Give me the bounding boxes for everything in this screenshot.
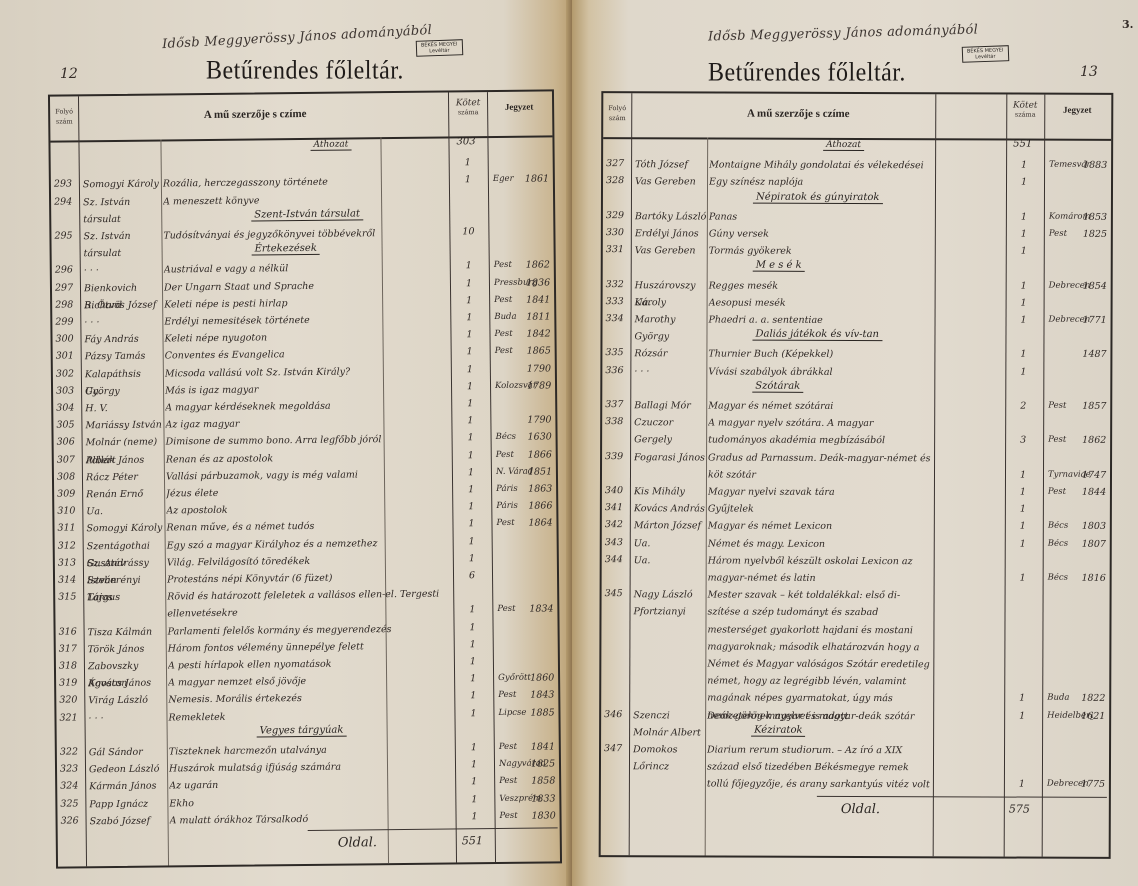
entry-volumes: 1 <box>1006 366 1040 377</box>
entry-number: 301 <box>56 351 82 362</box>
table-row: 337Ballagi MórMagyar és német szótárai2P… <box>602 397 1110 416</box>
header-note: Jegyzet <box>488 101 550 112</box>
carry-value: 551 <box>1013 139 1032 150</box>
entry-title: Remekletek <box>168 706 448 726</box>
entry-author: Török János <box>88 640 166 658</box>
entry-year: 1836 <box>526 277 552 288</box>
entry-number: 306 <box>57 437 83 448</box>
entry-title: Magyar és német Lexicon <box>708 518 932 536</box>
entry-volumes: 1 <box>455 536 489 547</box>
entry-number: 308 <box>57 471 83 482</box>
table-header: Folyószám A mű szerzője s czíme Kötetszá… <box>50 91 552 142</box>
entry-number: 340 <box>605 485 631 496</box>
entry-number: 320 <box>59 695 85 706</box>
table-row: 347Domokos LőrinczDiarium rerum studioru… <box>601 741 1109 794</box>
table-row: 330Erdélyi JánosGúny versek1Pest1825 <box>603 225 1111 244</box>
entry-author: Szenczi Molnár Albert <box>633 707 705 742</box>
table-row: 333Ua.Aesopusi mesék1 <box>603 294 1111 313</box>
entry-volumes: 1 <box>456 656 490 667</box>
table-row: 339· · ·Gradus ad Parnassum. Deák-magyar… <box>602 449 1110 485</box>
table-row: 336· · ·Vívási szabályok ábrákkal1 <box>602 363 1110 382</box>
entry-year: 1790 <box>527 415 553 426</box>
entry-number: 317 <box>59 643 85 654</box>
entry-volumes: 2 <box>1006 401 1040 412</box>
entry-number: 335 <box>605 348 631 359</box>
entry-volumes: 1 <box>1005 710 1039 721</box>
entry-author: · · · <box>84 262 162 280</box>
entry-volumes: 1 <box>456 673 490 684</box>
ledger-rows: Áthozat3031293Somogyi KárolyRozália, her… <box>50 137 560 866</box>
table-row: 315TárgusRövid és határozott feleletek a… <box>55 585 557 625</box>
entry-title: A magyar nyelv szótára. A magyar tudomán… <box>708 415 932 450</box>
entry-volumes: 1 <box>451 174 485 185</box>
entry-title: A mulatt órákhoz Társalkodó <box>169 809 449 829</box>
folio-number: 3. <box>1122 18 1133 31</box>
entry-year: 1861 <box>525 174 551 185</box>
header-seq: Folyószám <box>50 106 78 126</box>
table-row: 334Marothy GyörgyPhaedri a. a. sententia… <box>603 311 1111 330</box>
entry-volumes: 1 <box>456 639 490 650</box>
entry-year: 1854 <box>1083 280 1109 291</box>
entry-author: Szabó József <box>89 812 167 830</box>
section-heading: Vegyes tárgyúak <box>257 724 347 737</box>
entry-author: Vas Gereben <box>635 174 707 191</box>
entry-volumes: 1 <box>1006 538 1040 549</box>
entry-author: · · · <box>634 363 706 380</box>
entry-volumes: 1 <box>453 398 487 409</box>
entry-number: 309 <box>57 488 83 499</box>
entry-number: 321 <box>59 712 85 723</box>
entry-volumes: 1 <box>455 553 489 564</box>
entry-author: Domokos Lőrincz <box>633 741 705 776</box>
entry-volumes: 1 <box>1007 246 1041 257</box>
ledger-spread: Idősb Meggyerössy János adományából BÉKÉ… <box>0 0 1138 886</box>
entry-author: Pollák János <box>86 451 164 469</box>
sum-rule <box>308 827 558 831</box>
entry-author: Somogyi Károly <box>86 520 164 538</box>
entry-year: 1860 <box>530 673 556 684</box>
carry-label: Áthozat <box>823 140 864 151</box>
donor-note: Idősb Meggyerössy János adományából <box>708 22 978 44</box>
entry-number: 293 <box>54 179 80 190</box>
entry-author: Marothy György <box>634 311 706 346</box>
entry-number: 305 <box>56 420 82 431</box>
entry-volumes: 1 <box>1006 487 1040 498</box>
entry-number: 310 <box>57 506 83 517</box>
entry-title: Tormás gyökerek <box>709 243 933 261</box>
entry-volumes: 1 <box>1005 693 1039 704</box>
entry-author: Ua. <box>635 294 707 311</box>
ledger-rows: Áthozat551327Tóth JózsefMontaigne Mihály… <box>601 139 1111 857</box>
entry-year: 1843 <box>530 690 556 701</box>
entry-number: 346 <box>604 709 630 720</box>
entry-volumes: 1 <box>1006 469 1040 480</box>
entry-year: 1803 <box>1082 521 1108 532</box>
entry-author: Kovács János <box>88 675 166 693</box>
entry-number: 322 <box>60 746 86 757</box>
entry-year: 1862 <box>1082 435 1108 446</box>
entry-author: Virág László <box>88 692 166 710</box>
entry-year: 1807 <box>1082 538 1108 549</box>
left-page: Idősb Meggyerössy János adományából BÉKÉ… <box>0 0 572 886</box>
entry-number: 342 <box>605 520 631 531</box>
entry-volumes: 1 <box>454 518 488 529</box>
entry-author: Ua. <box>85 382 163 400</box>
entry-volumes: 1 <box>1006 504 1040 515</box>
entry-year: 1771 <box>1083 315 1109 326</box>
table-row: 345Nagy László PfortzianyiMester szavak … <box>601 586 1109 708</box>
table-row: 341Kovács AndrásGyűjtelek1 <box>602 500 1110 519</box>
entry-volumes: 1 <box>452 278 486 289</box>
entry-number: 328 <box>606 176 632 187</box>
section-heading: Népiratok és gúnyiratok <box>753 191 883 203</box>
entry-volumes: 1 <box>1007 280 1041 291</box>
entry-number: 304 <box>56 402 82 413</box>
entry-year: 1844 <box>1082 487 1108 498</box>
entry-volumes: 1 <box>1005 779 1039 790</box>
entry-volumes: 1 <box>453 346 487 357</box>
entry-number: 338 <box>605 416 631 427</box>
entry-year: 1885 <box>530 707 556 718</box>
entry-number: 344 <box>605 554 631 565</box>
carry-label: Áthozat <box>310 139 351 150</box>
right-page: Idősb Meggyerössy János adományából BÉKÉ… <box>572 0 1138 886</box>
entry-title: Diarium rerum studiorum. – Az író a XIX … <box>707 741 931 793</box>
entry-number: 323 <box>60 763 86 774</box>
entry-number: 318 <box>59 660 85 671</box>
donor-note: Idősb Meggyerössy János adományából <box>162 23 433 52</box>
entry-year: 1775 <box>1081 779 1107 790</box>
entry-author: · · · <box>88 709 166 727</box>
entry-number: 332 <box>606 279 632 290</box>
entry-author: Papp Ignácz <box>89 795 167 813</box>
entry-volumes: 6 <box>455 570 489 581</box>
archive-stamp: BÉKÉS MEGYEI Levéltár <box>962 45 1009 63</box>
entry-title: Magyar és német szótárai <box>708 397 932 415</box>
entry-title: Német és magy. Lexicon <box>708 535 932 553</box>
entry-volumes: 3 <box>1006 435 1040 446</box>
entry-author: Sz. István társulat <box>83 227 161 262</box>
entry-year: 1863 <box>528 483 554 494</box>
entry-author: Sz. István társulat <box>83 193 161 228</box>
entry-number: 337 <box>605 399 631 410</box>
entry-number: 311 <box>57 523 83 534</box>
section-heading: Értekezések <box>252 243 320 256</box>
entry-title: Három nyelvből készült oskolai Lexicon a… <box>708 552 932 587</box>
header-seq: Folyószám <box>603 103 631 123</box>
table-row: 331Vas GerebenTormás gyökerek1 <box>603 242 1111 261</box>
entry-volumes: 1 <box>454 501 488 512</box>
entry-author: Erdélyi János <box>635 225 707 242</box>
table-row: 346Szenczi Molnár AlbertDeák-görög-magya… <box>601 707 1109 726</box>
entry-year: 1830 <box>531 810 557 821</box>
page-number: 12 <box>60 66 78 82</box>
entry-number: 313 <box>58 557 84 568</box>
entry-year: 1883 <box>1083 160 1109 171</box>
entry-volumes: 1 <box>1006 573 1040 584</box>
table-row: 338Czuczor Gergely Fogarasi JánosA magya… <box>602 414 1110 450</box>
entry-year: 1842 <box>526 329 552 340</box>
entry-author: Vas Gereben <box>635 242 707 259</box>
entry-year: 1822 <box>1081 693 1107 704</box>
entry-volumes: 1 <box>452 260 486 271</box>
entry-number: 333 <box>606 296 632 307</box>
entry-title: Phaedri a. a. sententiae <box>709 311 933 329</box>
entry-year: 1841 <box>531 741 557 752</box>
entry-volumes: 1 <box>457 776 491 787</box>
entry-number: 298 <box>55 299 81 310</box>
entry-year: 1487 <box>1082 349 1108 360</box>
entry-number: 327 <box>606 158 632 169</box>
entry-year: 1865 <box>527 346 553 357</box>
sum-rule <box>817 795 1107 797</box>
entry-author: Tisza Kálmán <box>88 623 166 641</box>
entry-number: 341 <box>605 502 631 513</box>
entry-author: Renán Ernő <box>86 485 164 503</box>
entry-author: · · · <box>84 313 162 331</box>
entry-author: Márton József <box>634 518 706 535</box>
header-vol: Kötetszáma <box>450 98 486 116</box>
entry-title: Aesopusi mesék <box>709 294 933 312</box>
entry-volumes: 1 <box>1007 229 1041 240</box>
table-row: 342Márton JózsefMagyar és német Lexicon1… <box>602 518 1110 537</box>
entry-title <box>163 156 443 159</box>
page-title: Betűrendes főleltár. <box>206 57 404 87</box>
entry-title: Vívási szabályok ábrákkal <box>708 363 932 381</box>
entry-volumes: 1 <box>451 157 485 168</box>
entry-author: · · · <box>634 449 706 466</box>
entry-number: 329 <box>606 210 632 221</box>
entry-number: 331 <box>606 244 632 255</box>
entry-year: 1790 <box>527 363 553 374</box>
entry-volumes: 1 <box>453 381 487 392</box>
entry-title: Panas <box>709 208 933 226</box>
entry-number: 339 <box>605 451 631 462</box>
entry-author: Rózsár <box>634 346 706 363</box>
entry-volumes: 10 <box>451 226 485 237</box>
entry-author: Bartóky László <box>635 208 707 225</box>
entry-year: 1858 <box>531 776 557 787</box>
carry-value: 303 <box>456 136 475 147</box>
entry-volumes: 1 <box>454 450 488 461</box>
entry-volumes: 1 <box>1007 177 1041 188</box>
entry-volumes: 1 <box>452 295 486 306</box>
table-row: 329Bartóky LászlóPanas1Komárom1853 <box>603 208 1111 227</box>
table-row: 335RózsárThurnier Buch (Képekkel)11487 <box>602 346 1110 365</box>
page-number: 13 <box>1080 64 1098 80</box>
entry-year: 1811 <box>526 311 552 322</box>
entry-year: 1833 <box>531 793 557 804</box>
header-vol: Kötetszáma <box>1007 101 1043 119</box>
entry-number: 297 <box>55 282 81 293</box>
entry-author: Ua. <box>634 552 706 569</box>
entry-volumes: 1 <box>456 622 490 633</box>
entry-year: 1630 <box>528 432 554 443</box>
entry-year: 1853 <box>1083 212 1109 223</box>
entry-volumes: 1 <box>1007 211 1041 222</box>
entry-year: 1862 <box>526 260 552 271</box>
table-header: Folyószám A mű szerzője s czíme Kötetszá… <box>603 93 1111 141</box>
entry-author: H. V. <box>85 399 163 417</box>
entry-title: Gúny versek <box>709 225 933 243</box>
entry-volumes: 1 <box>452 312 486 323</box>
entry-number: 336 <box>605 365 631 376</box>
entry-volumes: 1 <box>454 467 488 478</box>
entry-year: 1866 <box>528 449 554 460</box>
entry-title: Egy színész naplója <box>709 174 933 192</box>
entry-author <box>83 159 161 160</box>
section-heading: M e s é k <box>753 260 805 272</box>
ledger-table: Folyószám A mű szerzője s czíme Kötetszá… <box>599 91 1114 859</box>
entry-author: Kármán János <box>89 778 167 796</box>
entry-author: Gedeon László <box>89 761 167 779</box>
page-total-label: Oldal. <box>338 835 377 850</box>
entry-year: 1841 <box>526 294 552 305</box>
entry-author: B. Ötvös József <box>84 296 162 314</box>
entry-title: Gradus ad Parnassum. Deák-magyar-német é… <box>708 449 932 484</box>
entry-volumes: 1 <box>457 759 491 770</box>
section-heading: Kéziratok <box>751 724 805 736</box>
entry-volumes: 1 <box>1007 315 1041 326</box>
entry-year: 1621 <box>1081 710 1107 721</box>
entry-number: 319 <box>59 678 85 689</box>
entry-title: Montaigne Mihály gondolatai és vélekedés… <box>709 157 933 175</box>
entry-number: 334 <box>606 313 632 324</box>
entry-author: Tóth József <box>635 156 707 173</box>
entry-volumes: 1 <box>1006 521 1040 532</box>
entry-year: 1825 <box>531 759 557 770</box>
entry-volumes: 1 <box>453 364 487 375</box>
table-row: 343Ua.Német és magy. Lexicon1Bécs1807 <box>602 535 1110 554</box>
entry-number: 302 <box>56 368 82 379</box>
entry-volumes: 1 <box>1006 349 1040 360</box>
entry-year: 1789 <box>527 380 553 391</box>
page-total-value: 575 <box>1009 802 1030 815</box>
entry-volumes: 1 <box>452 329 486 340</box>
entry-author: Pázsy Tamás <box>85 348 163 366</box>
header-note: Jegyzet <box>1045 105 1109 115</box>
ledger-table: Folyószám A mű szerzője s czíme Kötetszá… <box>48 89 562 868</box>
header-work: A mű szerzője s czíme <box>633 107 963 120</box>
entry-volumes: 1 <box>454 432 488 443</box>
table-row: 340Kis MihályMagyar nyelvi szavak tára1P… <box>602 483 1110 502</box>
page-total-label: Oldal. <box>841 802 880 817</box>
entry-number: 312 <box>58 540 84 551</box>
entry-author: Ua. <box>634 535 706 552</box>
entry-author: Mariássy István <box>85 417 163 435</box>
table-row: 344Ua.Három nyelvből készült oskolai Lex… <box>602 552 1110 588</box>
entry-year: 1857 <box>1082 401 1108 412</box>
entry-title: A meneszett könyve <box>163 190 443 210</box>
entry-author: Ballagi Mór <box>634 397 706 414</box>
entry-year: 1825 <box>1083 229 1109 240</box>
header-work: A mű szerzője s czíme <box>80 107 430 123</box>
entry-year: 1816 <box>1082 573 1108 584</box>
entry-number: 307 <box>57 454 83 465</box>
entry-number: 296 <box>55 265 81 276</box>
page-total-value: 551 <box>462 834 483 847</box>
entry-volumes: 1 <box>456 690 490 701</box>
entry-year: 1747 <box>1082 470 1108 481</box>
entry-year: 1834 <box>529 604 555 615</box>
entry-number: 345 <box>605 588 631 599</box>
entry-year: 1851 <box>528 466 554 477</box>
entry-title: Gyűjtelek <box>708 501 932 519</box>
entry-author: Nagy László Pfortzianyi <box>633 586 705 621</box>
entry-title: Deák-görög-magyar és magyar-deák szótár <box>707 707 931 725</box>
entry-volumes: 1 <box>1007 297 1041 308</box>
table-row: 328Vas GerebenEgy színész naplója1 <box>603 174 1111 193</box>
entry-number: 325 <box>60 798 86 809</box>
entry-year: 1864 <box>528 518 554 529</box>
entry-title: Regges mesék <box>709 277 933 295</box>
table-row: 332Huszárovszy KárolyRegges mesék1Debrec… <box>603 277 1111 296</box>
entry-volumes: 1 <box>457 811 491 822</box>
entry-year: 1866 <box>528 501 554 512</box>
entry-title: Mester szavak – két toldalékkal: első di… <box>707 587 931 725</box>
table-row: 327Tóth JózsefMontaigne Mihály gondolata… <box>603 156 1111 175</box>
entry-number: 324 <box>60 781 86 792</box>
entry-title: Thurnier Buch (Képekkel) <box>708 346 932 364</box>
entry-author: Somogyi Károly <box>83 176 161 194</box>
entry-number: 299 <box>55 316 81 327</box>
entry-author: Kovács András <box>634 500 706 517</box>
page-title: Betűrendes főleltár. <box>708 59 906 89</box>
entry-volumes: 1 <box>1007 160 1041 171</box>
entry-number: 294 <box>54 196 80 207</box>
entry-volumes: 1 <box>455 604 489 615</box>
entry-title: Rövid és határozott feleletek a vallásos… <box>167 586 447 623</box>
entry-number: 303 <box>56 385 82 396</box>
section-heading: Szótárak <box>752 380 803 392</box>
archive-stamp: BÉKÉS MEGYEI Levéltár <box>416 39 463 57</box>
entry-number: 300 <box>55 334 81 345</box>
section-heading: Szent-István társulat <box>251 208 363 221</box>
entry-number: 314 <box>58 574 84 585</box>
entry-volumes: 1 <box>457 742 491 753</box>
entry-volumes: 1 <box>457 794 491 805</box>
entry-title: Tudósítványai és jegyzőkönyvei többévekr… <box>163 225 443 245</box>
entry-author: Fáy András <box>84 331 162 349</box>
entry-author: Tárgus <box>87 589 165 607</box>
entry-volumes: 1 <box>453 415 487 426</box>
entry-author: Rácz Péter <box>86 468 164 486</box>
entry-volumes: 1 <box>456 708 490 719</box>
entry-number: 326 <box>61 815 87 826</box>
entry-author: Kis Mihály <box>634 483 706 500</box>
entry-author: Ua. <box>86 503 164 521</box>
entry-number: 343 <box>605 537 631 548</box>
entry-author: Gál Sándor <box>89 743 167 761</box>
entry-number: 347 <box>604 743 630 754</box>
entry-number: 315 <box>58 592 84 603</box>
entry-volumes: 1 <box>454 484 488 495</box>
entry-title: Magyar nyelvi szavak tára <box>708 483 932 501</box>
entry-number: 316 <box>59 626 85 637</box>
entry-number: 295 <box>54 230 80 241</box>
entry-number: 330 <box>606 227 632 238</box>
section-heading: Daliás játékok és vív-tan <box>752 329 882 341</box>
